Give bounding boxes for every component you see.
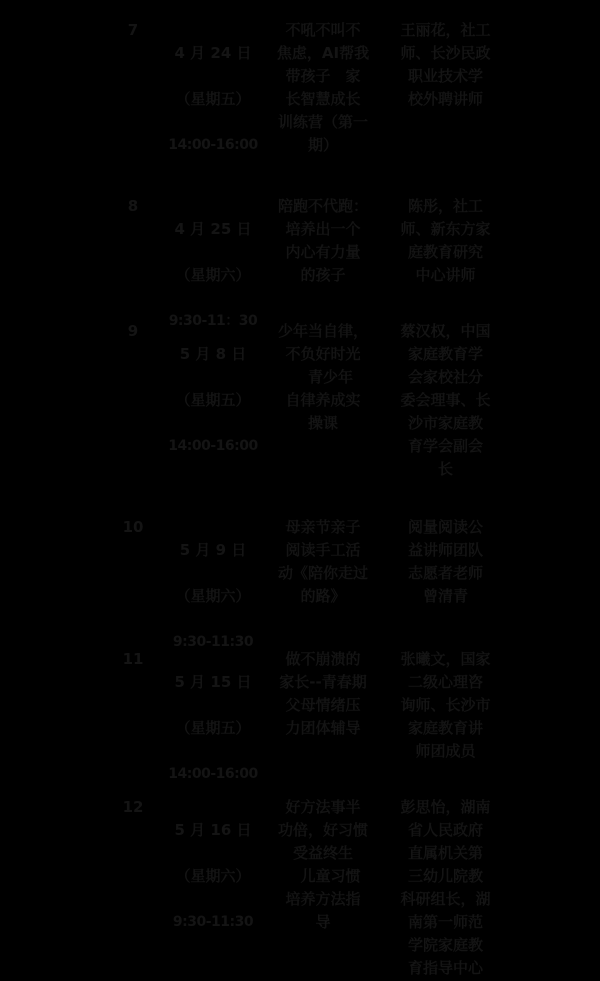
- schedule-table: 7 4 月 24 日 （星期五） 14:00-16:00 不吼不叫不 焦虑，AI…: [0, 0, 600, 981]
- date: 5 月 15 日: [163, 671, 263, 694]
- date-time-cell: 5 月 15 日 （星期五） 14:00-16:00: [163, 648, 263, 809]
- row-number: 10: [118, 516, 148, 539]
- time-range: 14:00-16:00: [163, 134, 263, 157]
- row-number: 9: [118, 320, 148, 343]
- row-number: 7: [118, 19, 148, 42]
- weekday: （星期六）: [163, 865, 263, 888]
- speaker-cell: 陈彤，社工 师、新东方家 庭教育研究 中心讲师: [383, 195, 508, 287]
- time-range: 14:00-16:00: [163, 763, 263, 786]
- date-time-cell: 4 月 24 日 （星期五） 14:00-16:00: [163, 19, 263, 180]
- topic-cell: 少年当自律， 不负好时光 青少年 自律养成实 操课: [268, 320, 378, 435]
- date: 5 月 9 日: [163, 539, 263, 562]
- speaker-cell: 阅量阅读公 益讲师团队 志愿者老师 曾清青: [383, 516, 508, 608]
- topic-cell: 陪跑不代跑： 培养出一个 内心有力量 的孩子: [268, 195, 378, 287]
- weekday: （星期六）: [163, 585, 263, 608]
- date-time-cell: 5 月 8 日 （星期五） 14:00-16:00: [163, 320, 263, 481]
- weekday: （星期六）: [163, 264, 263, 287]
- row-number: 12: [118, 796, 148, 819]
- date: 4 月 25 日: [163, 218, 263, 241]
- speaker-cell: 蔡汉权，中国 家庭教育学 会家校社分 委会理事、长 沙市家庭教 育学会副会 长: [383, 320, 508, 481]
- row-number: 8: [118, 195, 148, 218]
- weekday: （星期五）: [163, 389, 263, 412]
- weekday: （星期五）: [163, 88, 263, 111]
- topic-cell: 不吼不叫不 焦虑，AI帮我 带孩子 家 长智慧成长 训练营（第一 期）: [268, 19, 378, 157]
- speaker-cell: 王丽花，社工 师、长沙民政 职业技术学 校外聘讲师: [383, 19, 508, 111]
- time-range: 9:30-11:30: [163, 911, 263, 934]
- row-number: 11: [118, 648, 148, 671]
- topic-cell: 母亲节亲子 阅读手工活 动《陪你走过 的路》: [268, 516, 378, 608]
- date: 4 月 24 日: [163, 42, 263, 65]
- date-time-cell: 5 月 16 日 （星期六） 9:30-11:30: [163, 796, 263, 957]
- date: 5 月 16 日: [163, 819, 263, 842]
- speaker-cell: 彭思怡，湖南 省人民政府 直属机关第 三幼儿院教 科研组长，湖 南第一师范 学院…: [383, 796, 508, 980]
- speaker-cell: 张曦文，国家 二级心理咨 询师、长沙市 家庭教育讲 师团成员: [383, 648, 508, 763]
- weekday: （星期五）: [163, 717, 263, 740]
- date: 5 月 8 日: [163, 343, 263, 366]
- time-range: 14:00-16:00: [163, 435, 263, 458]
- topic-cell: 好方法事半 功倍，好习惯 受益终生 儿童习惯 培养方法指 导: [268, 796, 378, 934]
- topic-cell: 做不崩溃的 家长--青春期 父母情绪压 力团体辅导: [268, 648, 378, 740]
